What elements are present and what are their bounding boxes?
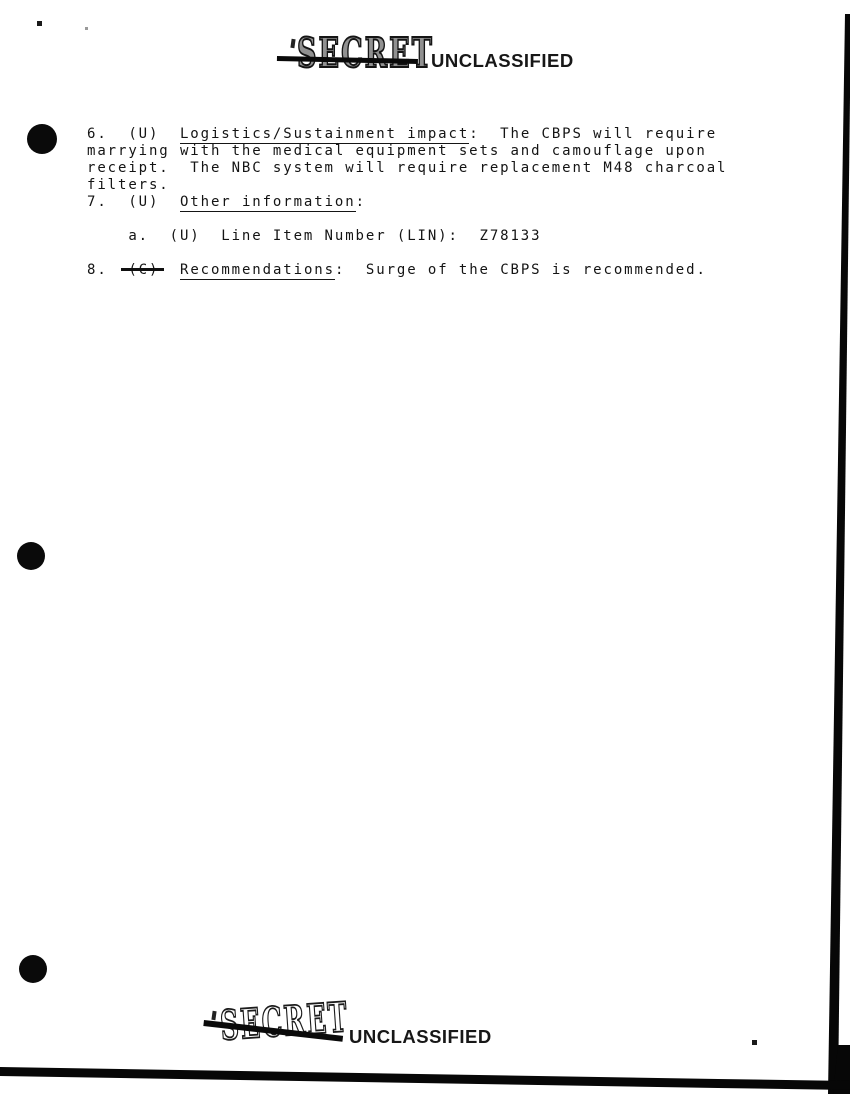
right-edge-bar (828, 14, 850, 1094)
scan-speck (752, 1040, 757, 1045)
stamp-ink-artifact (211, 1011, 216, 1020)
body-text: filters. (87, 177, 170, 193)
scanned-document-page: SECRET UNCLASSIFIED 6. (U) Logistics/Sus… (0, 0, 850, 1094)
scan-speck (37, 21, 42, 26)
secret-stamp-top: SECRET (297, 33, 434, 74)
body-text: marrying with the medical equipment sets… (87, 143, 707, 159)
underlined-text: Other information (180, 194, 356, 212)
body-text: : The CBPS will require (469, 126, 717, 142)
unclassified-label-bottom: UNCLASSIFIED (349, 1026, 492, 1048)
document-line (87, 211, 727, 228)
body-text: : (356, 194, 366, 210)
document-line: marrying with the medical equipment sets… (87, 143, 727, 160)
document-line: 6. (U) Logistics/Sustainment impact: The… (87, 126, 727, 143)
document-lines: 6. (U) Logistics/Sustainment impact: The… (87, 126, 727, 279)
unclassified-label-top: UNCLASSIFIED (431, 50, 574, 72)
body-text: a. (U) Line Item Number (LIN): Z78133 (87, 228, 541, 244)
body-text (87, 211, 97, 227)
body-text: : Surge of the CBPS is recommended. (335, 262, 707, 278)
scan-speck (85, 27, 88, 30)
document-line: a. (U) Line Item Number (LIN): Z78133 (87, 228, 727, 245)
right-edge-bar-bottom (833, 1045, 850, 1094)
hole-punch (27, 124, 57, 154)
bottom-edge-bar (0, 1067, 850, 1090)
body-text: 6. (U) (87, 126, 180, 142)
body-text (87, 245, 97, 261)
hole-punch (19, 955, 47, 983)
body-text: receipt. The NBC system will require rep… (87, 160, 727, 176)
secret-stamp-text: SECRET (219, 993, 351, 1050)
document-line: 7. (U) Other information: (87, 194, 727, 211)
stamp-ink-artifact (290, 39, 295, 48)
hole-punch (17, 542, 45, 570)
document-line (87, 245, 727, 262)
secret-stamp-text: SECRET (297, 29, 434, 77)
body-text: 7. (U) (87, 194, 180, 210)
document-line: receipt. The NBC system will require rep… (87, 160, 727, 177)
document-line: 8. (C) Recommendations: Surge of the CBP… (87, 262, 727, 279)
underlined-text: Recommendations (180, 262, 335, 280)
underlined-text: Logistics/Sustainment impact (180, 126, 469, 144)
struck-classification-marking: (C) (128, 262, 159, 278)
document-line: filters. (87, 177, 727, 194)
